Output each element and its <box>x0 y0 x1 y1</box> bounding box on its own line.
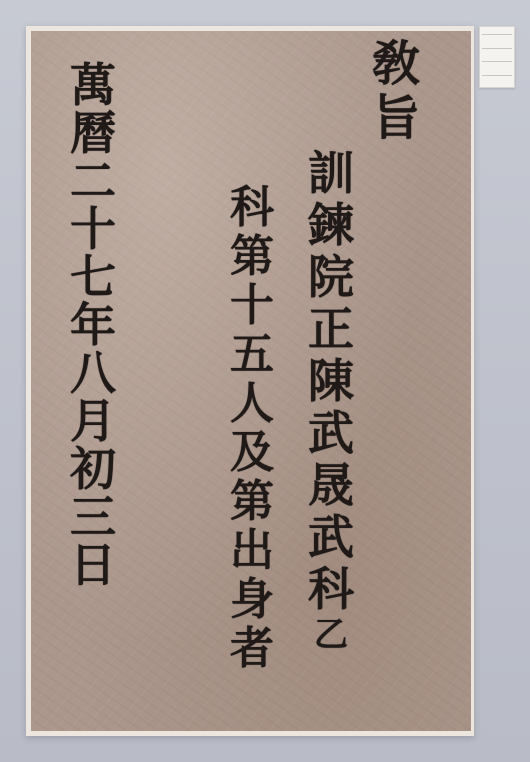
body-column-1: 訓 鍊 院 正 陳 武 晟 武 科 乙 <box>308 150 354 652</box>
body-char: 武 <box>308 410 354 456</box>
body-char: 正 <box>308 306 354 352</box>
body-char: 科 <box>230 186 274 230</box>
body-char: 出 <box>230 529 274 573</box>
body-char: 者 <box>230 627 274 671</box>
date-char: 二 <box>70 158 116 204</box>
label-line <box>482 30 512 35</box>
heading-char: 敎 <box>372 40 420 88</box>
label-line <box>482 57 512 62</box>
body-column-2: 科 第 十 五 人 及 第 出 身 者 <box>230 186 274 671</box>
body-char: 陳 <box>308 358 354 404</box>
label-line <box>482 44 512 49</box>
date-char: 月 <box>70 398 116 444</box>
body-char: 身 <box>230 578 274 622</box>
body-char: 第 <box>230 235 274 279</box>
date-char: 萬 <box>70 62 116 108</box>
body-char: 十 <box>230 284 274 328</box>
body-char: 科 <box>308 566 354 612</box>
label-line <box>482 71 512 76</box>
date-char: 三 <box>70 494 116 540</box>
date-char: 八 <box>70 350 116 396</box>
date-char: 日 <box>70 542 116 588</box>
date-char: 七 <box>70 254 116 300</box>
body-char: 武 <box>308 514 354 560</box>
body-char: 訓 <box>308 150 354 196</box>
body-char: 晟 <box>308 462 354 508</box>
date-char: 初 <box>70 446 116 492</box>
document-heading: 敎 旨 <box>372 40 420 142</box>
date-char: 十 <box>70 206 116 252</box>
date-column: 萬 曆 二 十 七 年 八 月 初 三 日 <box>70 62 116 588</box>
body-char: 院 <box>308 254 354 300</box>
heading-char: 旨 <box>372 94 420 142</box>
body-char: 乙 <box>314 618 348 652</box>
date-char: 年 <box>70 302 116 348</box>
body-char: 及 <box>230 431 274 475</box>
date-char: 曆 <box>70 110 116 156</box>
body-char: 五 <box>230 333 274 377</box>
body-char: 第 <box>230 480 274 524</box>
body-char: 人 <box>230 382 274 426</box>
museum-label-card <box>479 26 515 88</box>
body-char: 鍊 <box>308 202 354 248</box>
